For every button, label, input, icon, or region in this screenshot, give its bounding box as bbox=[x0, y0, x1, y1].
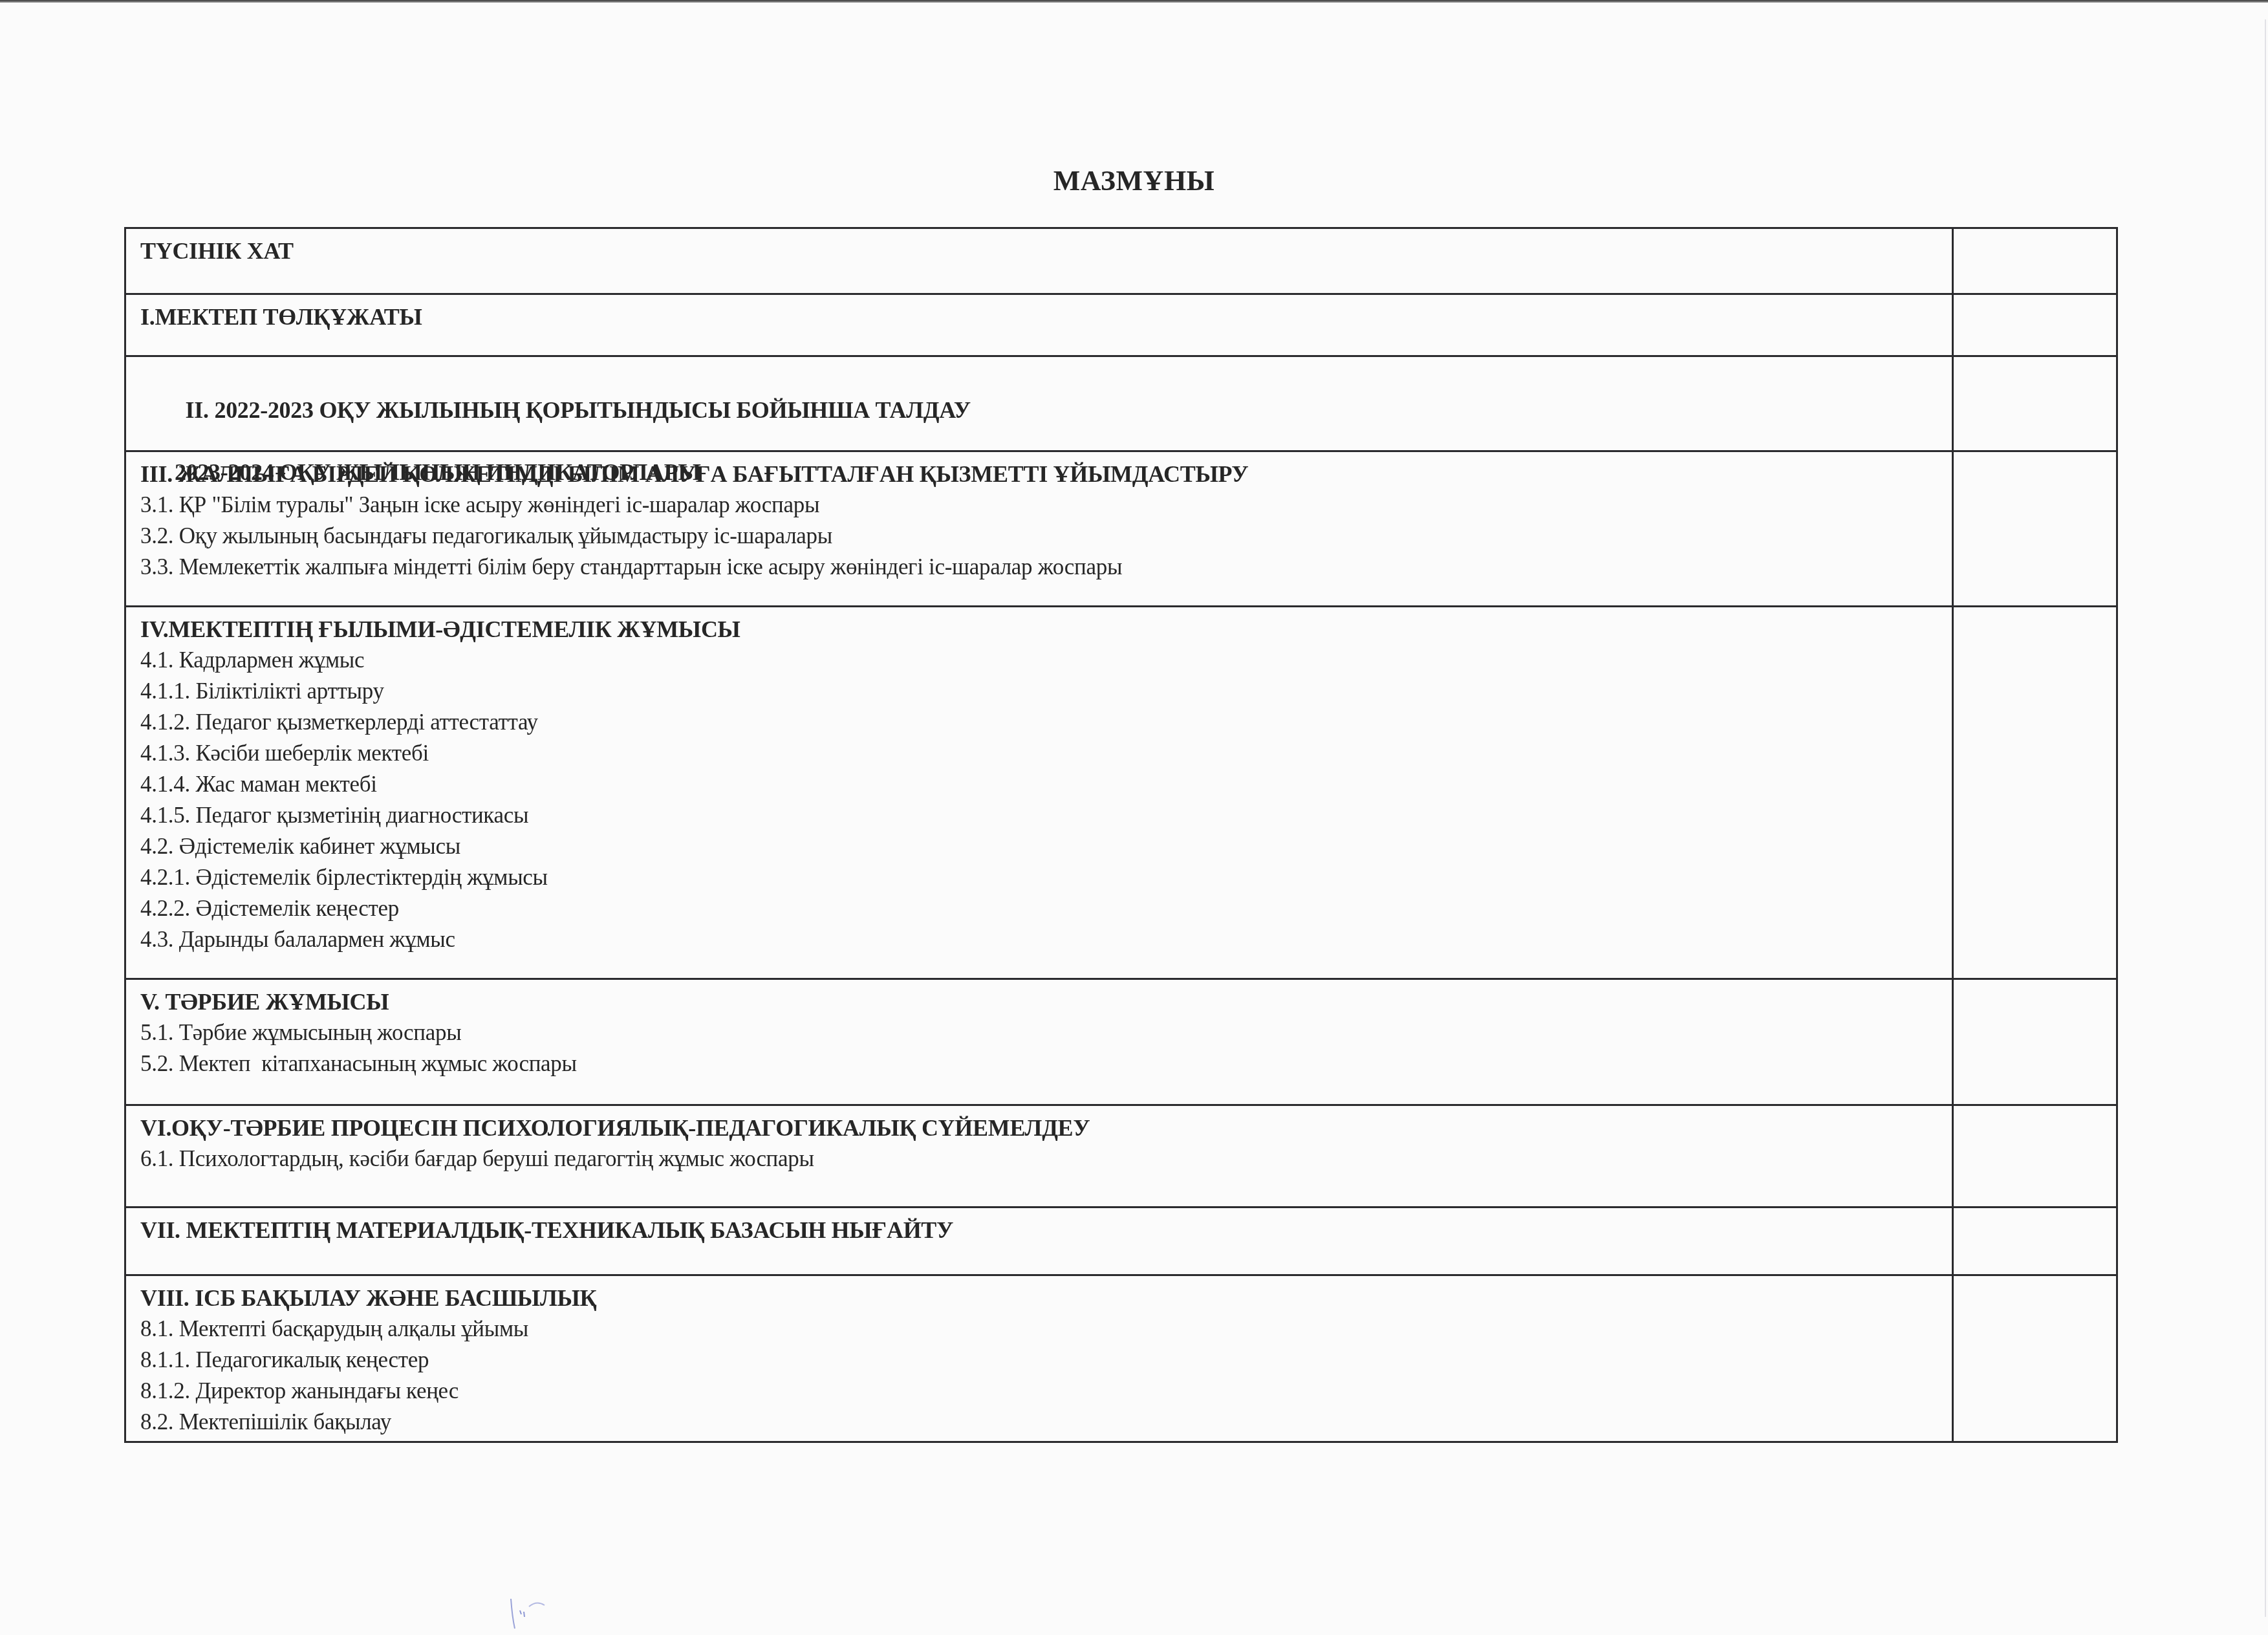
toc-page-cell bbox=[1954, 357, 2116, 450]
toc-page-cell bbox=[1954, 295, 2116, 355]
toc-item: 5.1. Тәрбие жұмысының жоспары bbox=[140, 1017, 1952, 1048]
section-heading: ІІІ. ЖАЛПЫҒА БІРДЕЙ ҚОЛЖЕТІМДІ БІЛІМ АЛУ… bbox=[140, 459, 1952, 490]
toc-item: 8.1.2. Директор жанындағы кеңес bbox=[140, 1376, 1952, 1407]
scan-edge-top bbox=[0, 0, 2268, 3]
toc-item: 3.2. Оқу жылының басындағы педагогикалық… bbox=[140, 521, 1952, 552]
toc-row-section-4: ІV.МЕКТЕПТІҢ ҒЫЛЫМИ-ӘДІСТЕМЕЛІК ЖҰМЫСЫ 4… bbox=[126, 605, 2116, 978]
toc-item: 4.2. Әдістемелік кабинет жұмысы bbox=[140, 831, 1952, 862]
toc-item: 8.2. Мектепішілік бақылау bbox=[140, 1407, 1952, 1438]
toc-page-cell bbox=[1954, 452, 2116, 605]
toc-row-section-8: VІІІ. ІСБ БАҚЫЛАУ ЖӘНЕ БАСШЫЛЫҚ 8.1. Мек… bbox=[126, 1274, 2116, 1441]
toc-row-section-1: І.МЕКТЕП ТӨЛҚҰЖАТЫ bbox=[126, 293, 2116, 355]
toc-item: 3.3. Мемлекеттік жалпыға міндетті білім … bbox=[140, 552, 1952, 583]
toc-item: 4.1.4. Жас маман мектебі bbox=[140, 769, 1952, 800]
section-heading: І.МЕКТЕП ТӨЛҚҰЖАТЫ bbox=[140, 301, 1952, 332]
toc-item: 4.1.1. Біліктілікті арттыру bbox=[140, 676, 1952, 707]
toc-item: 8.1.1. Педагогикалық кеңестер bbox=[140, 1345, 1952, 1376]
toc-title-cell: І.МЕКТЕП ТӨЛҚҰЖАТЫ bbox=[126, 295, 1954, 355]
section-heading: VІІІ. ІСБ БАҚЫЛАУ ЖӘНЕ БАСШЫЛЫҚ bbox=[140, 1283, 1952, 1314]
toc-page-cell bbox=[1954, 229, 2116, 293]
toc-item: 6.1. Психологтардың, кәсіби бағдар беруш… bbox=[140, 1143, 1952, 1175]
toc-page-cell bbox=[1954, 607, 2116, 978]
toc-title-cell: ТҮСІНІК ХАТ bbox=[126, 229, 1954, 293]
toc-item: 4.1.2. Педагог қызметкерлерді аттестатта… bbox=[140, 707, 1952, 738]
toc-title-cell: ІІІ. ЖАЛПЫҒА БІРДЕЙ ҚОЛЖЕТІМДІ БІЛІМ АЛУ… bbox=[126, 452, 1954, 605]
section-heading-line-1: ІІ. 2022-2023 ОҚУ ЖЫЛЫНЫҢ ҚОРЫТЫНДЫСЫ БО… bbox=[186, 397, 971, 423]
toc-page-cell bbox=[1954, 1208, 2116, 1274]
toc-row-section-6: VІ.ОҚУ-ТӘРБИЕ ПРОЦЕСІН ПСИХОЛОГИЯЛЫҚ-ПЕД… bbox=[126, 1104, 2116, 1206]
scan-edge-right bbox=[2265, 19, 2266, 1617]
toc-page-cell bbox=[1954, 1276, 2116, 1441]
toc-item: 4.1.3. Кәсіби шеберлік мектебі bbox=[140, 738, 1952, 769]
toc-title-cell: V. ТӘРБИЕ ЖҰМЫСЫ 5.1. Тәрбие жұмысының ж… bbox=[126, 980, 1954, 1104]
toc-item: 4.1. Кадрлармен жұмыс bbox=[140, 645, 1952, 676]
toc-item: 8.1. Мектепті басқарудың алқалы ұйымы bbox=[140, 1314, 1952, 1345]
toc-row-section-3: ІІІ. ЖАЛПЫҒА БІРДЕЙ ҚОЛЖЕТІМДІ БІЛІМ АЛУ… bbox=[126, 450, 2116, 605]
section-heading: ТҮСІНІК ХАТ bbox=[140, 235, 1952, 266]
toc-page-cell bbox=[1954, 980, 2116, 1104]
section-heading: V. ТӘРБИЕ ЖҰМЫСЫ bbox=[140, 986, 1952, 1017]
toc-item: 4.2.2. Әдістемелік кеңестер bbox=[140, 893, 1952, 924]
section-heading: VІІ. МЕКТЕПТІҢ МАТЕРИАЛДЫҚ-ТЕХНИКАЛЫҚ БА… bbox=[140, 1215, 1952, 1246]
toc-page-cell bbox=[1954, 1106, 2116, 1206]
toc-title-cell: ІІ. 2022-2023 ОҚУ ЖЫЛЫНЫҢ ҚОРЫТЫНДЫСЫ БО… bbox=[126, 357, 1954, 450]
toc-title-cell: ІV.МЕКТЕПТІҢ ҒЫЛЫМИ-ӘДІСТЕМЕЛІК ЖҰМЫСЫ 4… bbox=[126, 607, 1954, 978]
section-heading: VІ.ОҚУ-ТӘРБИЕ ПРОЦЕСІН ПСИХОЛОГИЯЛЫҚ-ПЕД… bbox=[140, 1112, 1952, 1143]
toc-row-section-7: VІІ. МЕКТЕПТІҢ МАТЕРИАЛДЫҚ-ТЕХНИКАЛЫҚ БА… bbox=[126, 1206, 2116, 1274]
toc-row-section-2: ІІ. 2022-2023 ОҚУ ЖЫЛЫНЫҢ ҚОРЫТЫНДЫСЫ БО… bbox=[126, 355, 2116, 450]
toc-row-section-5: V. ТӘРБИЕ ЖҰМЫСЫ 5.1. Тәрбие жұмысының ж… bbox=[126, 978, 2116, 1104]
toc-title-cell: VІ.ОҚУ-ТӘРБИЕ ПРОЦЕСІН ПСИХОЛОГИЯЛЫҚ-ПЕД… bbox=[126, 1106, 1954, 1206]
toc-item: 4.3. Дарынды балалармен жұмыс bbox=[140, 924, 1952, 955]
pen-mark-scan-artifact bbox=[510, 1597, 548, 1630]
toc-title-cell: VІІ. МЕКТЕПТІҢ МАТЕРИАЛДЫҚ-ТЕХНИКАЛЫҚ БА… bbox=[126, 1208, 1954, 1274]
toc-row-explanatory-note: ТҮСІНІК ХАТ bbox=[126, 229, 2116, 293]
document-title: МАЗМҰНЫ bbox=[0, 166, 2268, 197]
table-of-contents: ТҮСІНІК ХАТ І.МЕКТЕП ТӨЛҚҰЖАТЫ ІІ. 2022-… bbox=[124, 227, 2118, 1443]
toc-item: 4.2.1. Әдістемелік бірлестіктердің жұмыс… bbox=[140, 862, 1952, 893]
toc-item: 5.2. Мектеп кітапханасының жұмыс жоспары bbox=[140, 1048, 1952, 1079]
toc-title-cell: VІІІ. ІСБ БАҚЫЛАУ ЖӘНЕ БАСШЫЛЫҚ 8.1. Мек… bbox=[126, 1276, 1954, 1441]
toc-item: 3.1. ҚР "Білім туралы" Заңын іске асыру … bbox=[140, 490, 1952, 521]
section-heading: ІV.МЕКТЕПТІҢ ҒЫЛЫМИ-ӘДІСТЕМЕЛІК ЖҰМЫСЫ bbox=[140, 614, 1952, 645]
toc-item: 4.1.5. Педагог қызметінің диагностикасы bbox=[140, 800, 1952, 831]
